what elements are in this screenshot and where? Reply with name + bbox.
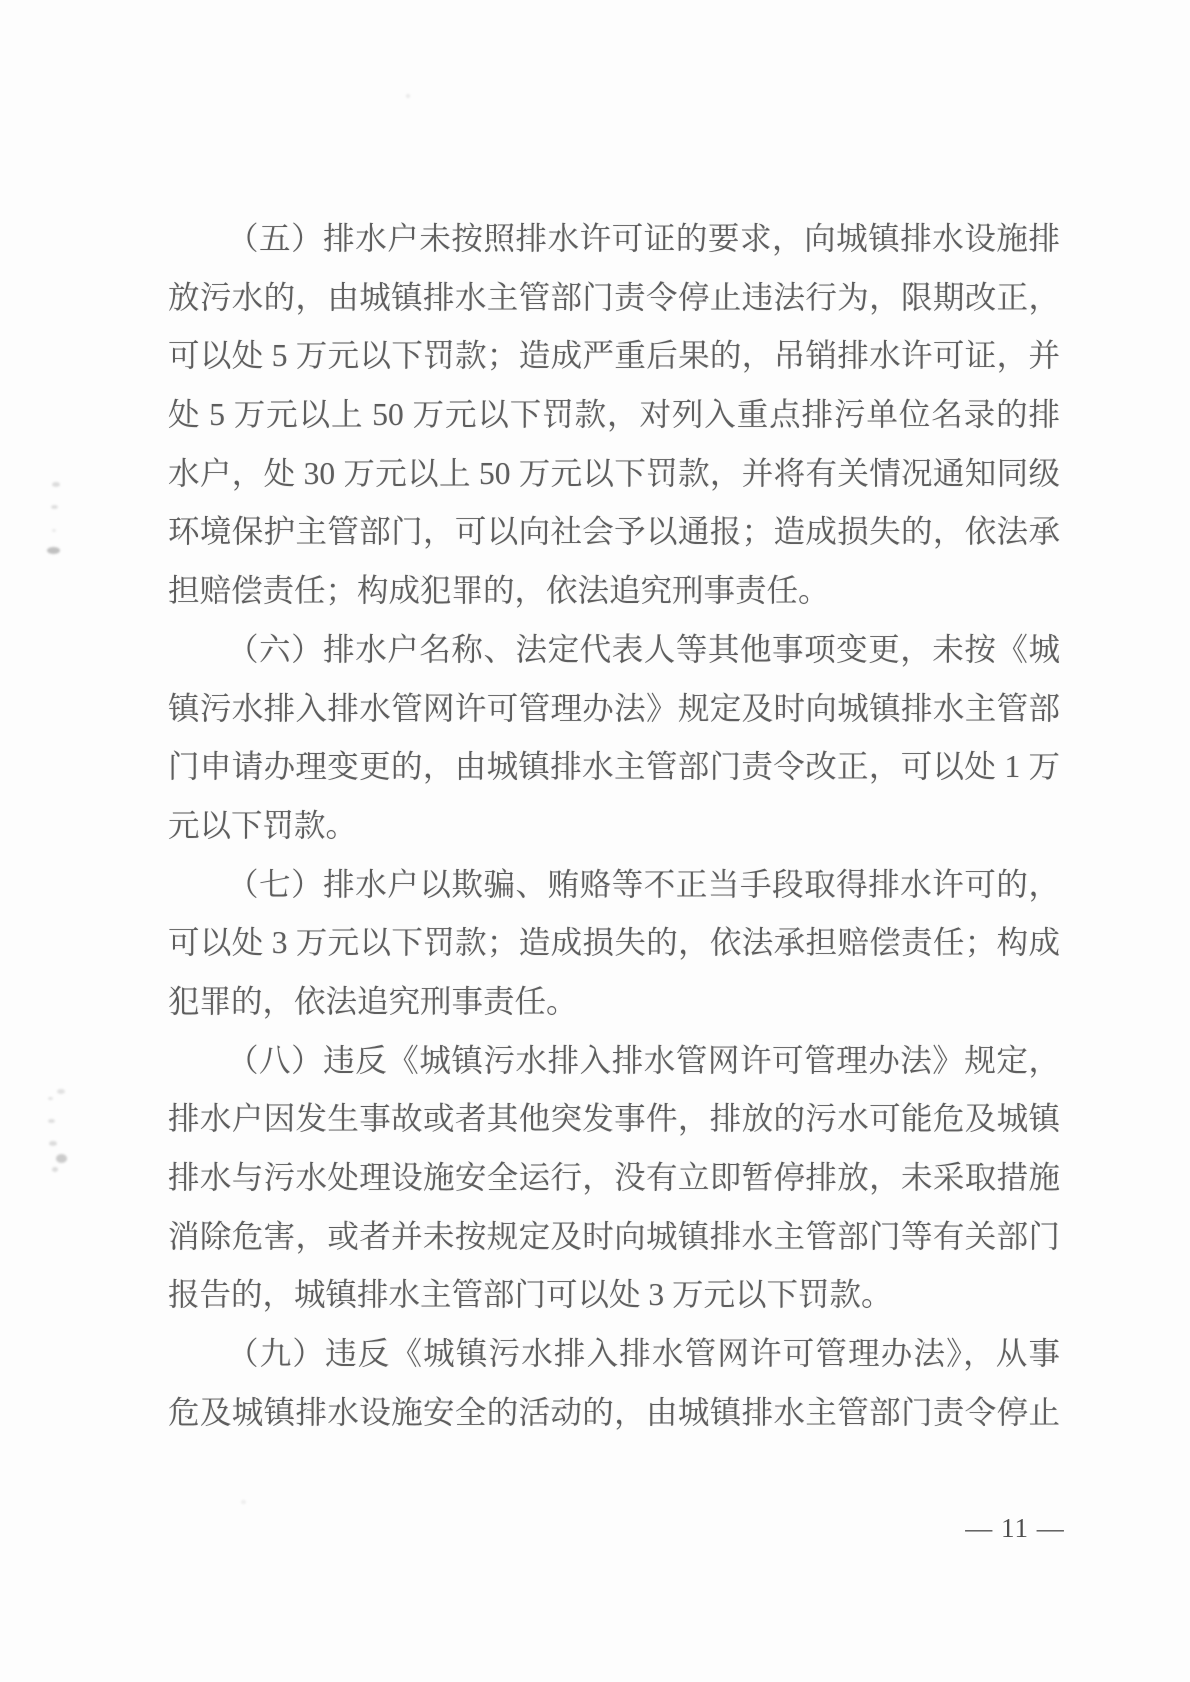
scan-artifact [57, 1089, 65, 1094]
text-line: 元以下罚款。 [168, 797, 1060, 856]
text-line: 排水与污水处理设施安全运行，没有立即暂停排放，未采取措施 [168, 1149, 1060, 1208]
document-body: （五）排水户未按照排水许可证的要求，向城镇排水设施排 放污水的，由城镇排水主管部… [168, 210, 1060, 1442]
scan-artifact [52, 482, 60, 487]
text-line: 危及城镇排水设施安全的活动的，由城镇排水主管部门责令停止 [168, 1384, 1060, 1443]
text-line: 排水户因发生事故或者其他突发事件，排放的污水可能危及城镇 [168, 1090, 1060, 1149]
scan-artifact [56, 1154, 67, 1163]
scan-artifact [52, 529, 56, 532]
scan-artifact [47, 547, 60, 554]
paragraph-item-5: （五）排水户未按照排水许可证的要求，向城镇排水设施排 放污水的，由城镇排水主管部… [168, 210, 1060, 621]
scanned-document-page: （五）排水户未按照排水许可证的要求，向城镇排水设施排 放污水的，由城镇排水主管部… [0, 0, 1190, 1682]
scan-artifact [406, 94, 410, 98]
text-line: 消除危害，或者并未按规定及时向城镇排水主管部门等有关部门 [168, 1208, 1060, 1267]
text-line: （九）违反《城镇污水排入排水管网许可管理办法》，从事 [168, 1325, 1060, 1384]
paragraph-item-7: （七）排水户以欺骗、贿赂等不正当手段取得排水许可的， 可以处 3 万元以下罚款；… [168, 856, 1060, 1032]
text-line: 可以处 5 万元以下罚款；造成严重后果的，吊销排水许可证，并 [168, 327, 1060, 386]
page-number: — 11 — [950, 1513, 1080, 1544]
text-line: 环境保护主管部门，可以向社会予以通报；造成损失的，依法承 [168, 503, 1060, 562]
scan-artifact [48, 1097, 53, 1100]
scan-artifact [48, 1119, 55, 1123]
scan-artifact [52, 1167, 58, 1172]
paragraph-item-8: （八）违反《城镇污水排入排水管网许可管理办法》规定， 排水户因发生事故或者其他突… [168, 1032, 1060, 1325]
text-line: 镇污水排入排水管网许可管理办法》规定及时向城镇排水主管部 [168, 680, 1060, 739]
scan-artifact [241, 1500, 246, 1504]
text-line: （七）排水户以欺骗、贿赂等不正当手段取得排水许可的， [168, 856, 1060, 915]
text-line: 水户，处 30 万元以上 50 万元以下罚款，并将有关情况通知同级 [168, 445, 1060, 504]
text-line: 可以处 3 万元以下罚款；造成损失的，依法承担赔偿责任；构成 [168, 914, 1060, 973]
text-line: 门申请办理变更的，由城镇排水主管部门责令改正，可以处 1 万 [168, 738, 1060, 797]
scan-artifact [49, 1141, 57, 1146]
scan-artifact [51, 505, 58, 509]
text-line: 放污水的，由城镇排水主管部门责令停止违法行为，限期改正， [168, 269, 1060, 328]
paragraph-item-6: （六）排水户名称、法定代表人等其他事项变更，未按《城 镇污水排入排水管网许可管理… [168, 621, 1060, 856]
text-line: （八）违反《城镇污水排入排水管网许可管理办法》规定， [168, 1032, 1060, 1091]
text-line: 担赔偿责任；构成犯罪的，依法追究刑事责任。 [168, 562, 1060, 621]
text-line: 报告的，城镇排水主管部门可以处 3 万元以下罚款。 [168, 1266, 1060, 1325]
text-line: 处 5 万元以上 50 万元以下罚款，对列入重点排污单位名录的排 [168, 386, 1060, 445]
text-line: （五）排水户未按照排水许可证的要求，向城镇排水设施排 [168, 210, 1060, 269]
paragraph-item-9: （九）违反《城镇污水排入排水管网许可管理办法》，从事 危及城镇排水设施安全的活动… [168, 1325, 1060, 1442]
text-line: 犯罪的，依法追究刑事责任。 [168, 973, 1060, 1032]
text-line: （六）排水户名称、法定代表人等其他事项变更，未按《城 [168, 621, 1060, 680]
